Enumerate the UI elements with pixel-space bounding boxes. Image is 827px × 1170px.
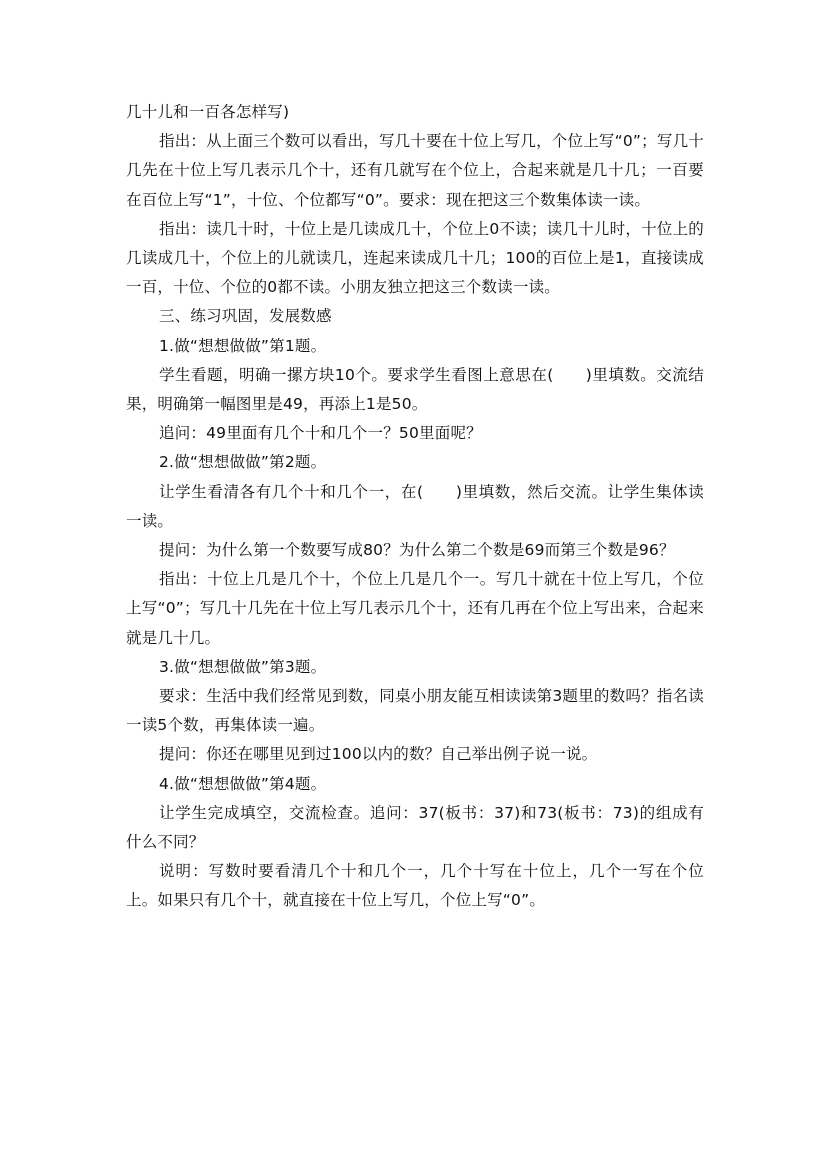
paragraph-writing-rule: 指出：从上面三个数可以看出，写几十要在十位上写几，个位上写“0”；写几十几先在十… [126, 127, 704, 215]
exercise-3-title: 3.做“想想做做”第3题。 [126, 653, 704, 682]
paragraph-reading-rule: 指出：读几十时，十位上是几读成几十，个位上0不读；读几十儿时，十位上的几读成几十… [126, 215, 704, 303]
document-page: 几十儿和一百各怎样写) 指出：从上面三个数可以看出，写几十要在十位上写几，个位上… [126, 98, 704, 916]
exercise-1-question: 追问：49里面有几个十和几个一？50里面呢？ [126, 419, 704, 448]
exercise-1-title: 1.做“想想做做”第1题。 [126, 332, 704, 361]
exercise-2-explanation: 指出：十位上几是几个十，个位上几是几个一。写几十就在十位上写几，个位上写“0”；… [126, 565, 704, 653]
section-heading-practice: 三、练习巩固，发展数感 [126, 302, 704, 331]
exercise-4-explanation: 说明：写数时要看清几个十和几个一，几个十写在十位上，几个一写在个位上。如果只有几… [126, 857, 704, 915]
exercise-3-body: 要求：生活中我们经常见到数，同桌小朋友能互相读读第3题里的数吗？指名读一读5个数… [126, 682, 704, 740]
exercise-2-title: 2.做“想想做做”第2题。 [126, 448, 704, 477]
paragraph-continuation: 几十儿和一百各怎样写) [126, 98, 704, 127]
exercise-4-body: 让学生完成填空，交流检查。追问：37(板书：37)和73(板书：73)的组成有什… [126, 799, 704, 857]
exercise-4-title: 4.做“想想做做”第4题。 [126, 770, 704, 799]
exercise-3-question: 提问：你还在哪里见到过100以内的数？自己举出例子说一说。 [126, 740, 704, 769]
exercise-2-question: 提问：为什么第一个数要写成80？为什么第二个数是69而第三个数是96？ [126, 536, 704, 565]
exercise-2-body: 让学生看清各有几个十和几个一，在( )里填数，然后交流。让学生集体读一读。 [126, 478, 704, 536]
exercise-1-body: 学生看题，明确一摞方块10个。要求学生看图上意思在( )里填数。交流结果，明确第… [126, 361, 704, 419]
